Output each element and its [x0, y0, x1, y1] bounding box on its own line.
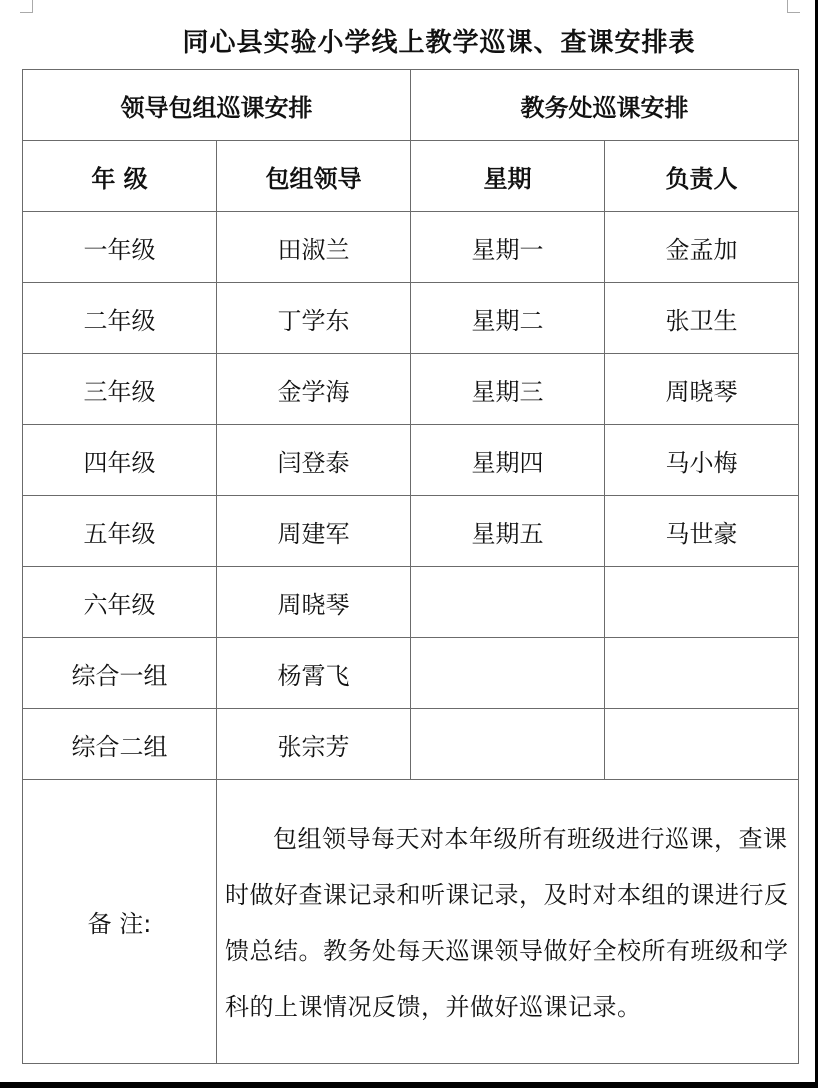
leader-cell: 张宗芳	[217, 709, 411, 780]
weekday-cell: 星期三	[411, 354, 605, 425]
table-row: 综合一组 杨霄飞	[23, 638, 799, 709]
schedule-table: 领导包组巡课安排 教务处巡课安排 年 级 包组领导 星期 负责人 一年级 田淑兰…	[22, 69, 799, 1064]
column-header-grade: 年 级	[23, 141, 217, 212]
table-row: 综合二组 张宗芳	[23, 709, 799, 780]
page-corner-mark-right	[787, 0, 800, 13]
table-row: 六年级 周晓琴	[23, 567, 799, 638]
document-title: 同心县实验小学线上教学巡课、查课安排表	[0, 22, 818, 59]
group-header-academic-office: 教务处巡课安排	[411, 70, 799, 141]
column-header-row: 年 级 包组领导 星期 负责人	[23, 141, 799, 212]
grade-cell: 综合二组	[23, 709, 217, 780]
page-bottom-edge	[0, 1082, 818, 1088]
responsible-cell: 马世豪	[605, 496, 799, 567]
weekday-cell: 星期一	[411, 212, 605, 283]
notes-row: 备 注: 包组领导每天对本年级所有班级进行巡课，查课时做好查课记录和听课记录，及…	[23, 780, 799, 1064]
column-header-weekday: 星期	[411, 141, 605, 212]
notes-label: 备 注:	[23, 780, 217, 1064]
leader-cell: 金学海	[217, 354, 411, 425]
grade-cell: 四年级	[23, 425, 217, 496]
leader-cell: 闫登泰	[217, 425, 411, 496]
grade-cell: 二年级	[23, 283, 217, 354]
group-header-row: 领导包组巡课安排 教务处巡课安排	[23, 70, 799, 141]
leader-cell: 杨霄飞	[217, 638, 411, 709]
table-row: 一年级 田淑兰 星期一 金孟加	[23, 212, 799, 283]
weekday-cell	[411, 567, 605, 638]
grade-cell: 三年级	[23, 354, 217, 425]
responsible-cell: 金孟加	[605, 212, 799, 283]
group-header-leaders: 领导包组巡课安排	[23, 70, 411, 141]
responsible-cell: 周晓琴	[605, 354, 799, 425]
weekday-cell	[411, 638, 605, 709]
leader-cell: 丁学东	[217, 283, 411, 354]
responsible-cell	[605, 638, 799, 709]
responsible-cell	[605, 709, 799, 780]
weekday-cell: 星期二	[411, 283, 605, 354]
grade-cell: 综合一组	[23, 638, 217, 709]
leader-cell: 田淑兰	[217, 212, 411, 283]
column-header-leader: 包组领导	[217, 141, 411, 212]
leader-cell: 周建军	[217, 496, 411, 567]
notes-cell: 包组领导每天对本年级所有班级进行巡课，查课时做好查课记录和听课记录，及时对本组的…	[217, 780, 799, 1064]
notes-text-block: 包组领导每天对本年级所有班级进行巡课，查课时做好查课记录和听课记录，及时对本组的…	[217, 809, 798, 1035]
weekday-cell: 星期四	[411, 425, 605, 496]
grade-cell: 六年级	[23, 567, 217, 638]
page-corner-mark-left	[20, 0, 33, 13]
table-row: 三年级 金学海 星期三 周晓琴	[23, 354, 799, 425]
grade-cell: 五年级	[23, 496, 217, 567]
column-header-responsible: 负责人	[605, 141, 799, 212]
grade-cell: 一年级	[23, 212, 217, 283]
table-row: 二年级 丁学东 星期二 张卫生	[23, 283, 799, 354]
responsible-cell	[605, 567, 799, 638]
table-row: 五年级 周建军 星期五 马世豪	[23, 496, 799, 567]
notes-text: 包组领导每天对本年级所有班级进行巡课，查课时做好查课记录和听课记录，及时对本组的…	[225, 825, 789, 1021]
weekday-cell	[411, 709, 605, 780]
responsible-cell: 马小梅	[605, 425, 799, 496]
table-row: 四年级 闫登泰 星期四 马小梅	[23, 425, 799, 496]
leader-cell: 周晓琴	[217, 567, 411, 638]
responsible-cell: 张卫生	[605, 283, 799, 354]
weekday-cell: 星期五	[411, 496, 605, 567]
